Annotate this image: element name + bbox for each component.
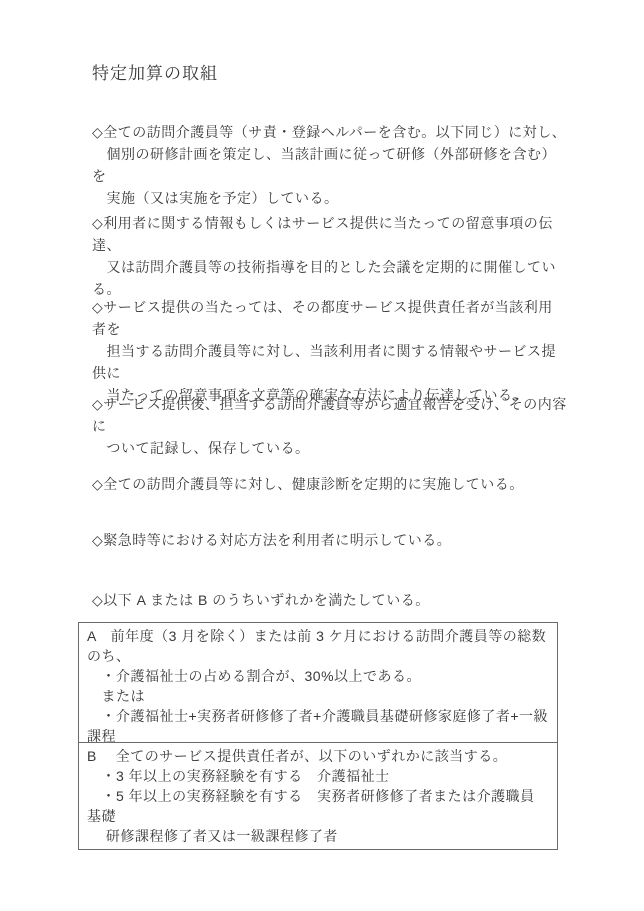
page-title: 特定加算の取組	[92, 62, 218, 86]
bullet-emergency-procedures: ◇緊急時等における対応方法を利用者に明示している。	[92, 529, 567, 551]
requirement-box-b: B 全てのサービス提供責任者が、以下のいずれかに該当する。 ・3 年以上の実務経…	[78, 742, 558, 850]
bullet-a-or-b-condition: ◇以下 A または B のうちいずれかを満たしている。	[92, 589, 567, 611]
bullet-information-transfer: ◇サービス提供の当たっては、その都度サービス提供責任者が当該利用者を 担当する訪…	[92, 296, 567, 406]
bullet-regular-meetings: ◇利用者に関する情報もしくはサービス提供に当たっての留意事項の伝達、 又は訪問介…	[92, 212, 567, 300]
bullet-health-checkups: ◇全ての訪問介護員等に対し、健康診断を定期的に実施している。	[92, 473, 567, 495]
document-page: 特定加算の取組 ◇全ての訪問介護員等（サ責・登録ヘルパーを含む。以下同じ）に対し…	[0, 0, 644, 911]
bullet-report-recording: ◇サービス提供後、担当する訪問介護員等から適宜報告を受け、その内容に ついて記録…	[92, 393, 567, 459]
bullet-training-plan: ◇全ての訪問介護員等（サ責・登録ヘルパーを含む。以下同じ）に対し、 個別の研修計…	[92, 121, 567, 209]
